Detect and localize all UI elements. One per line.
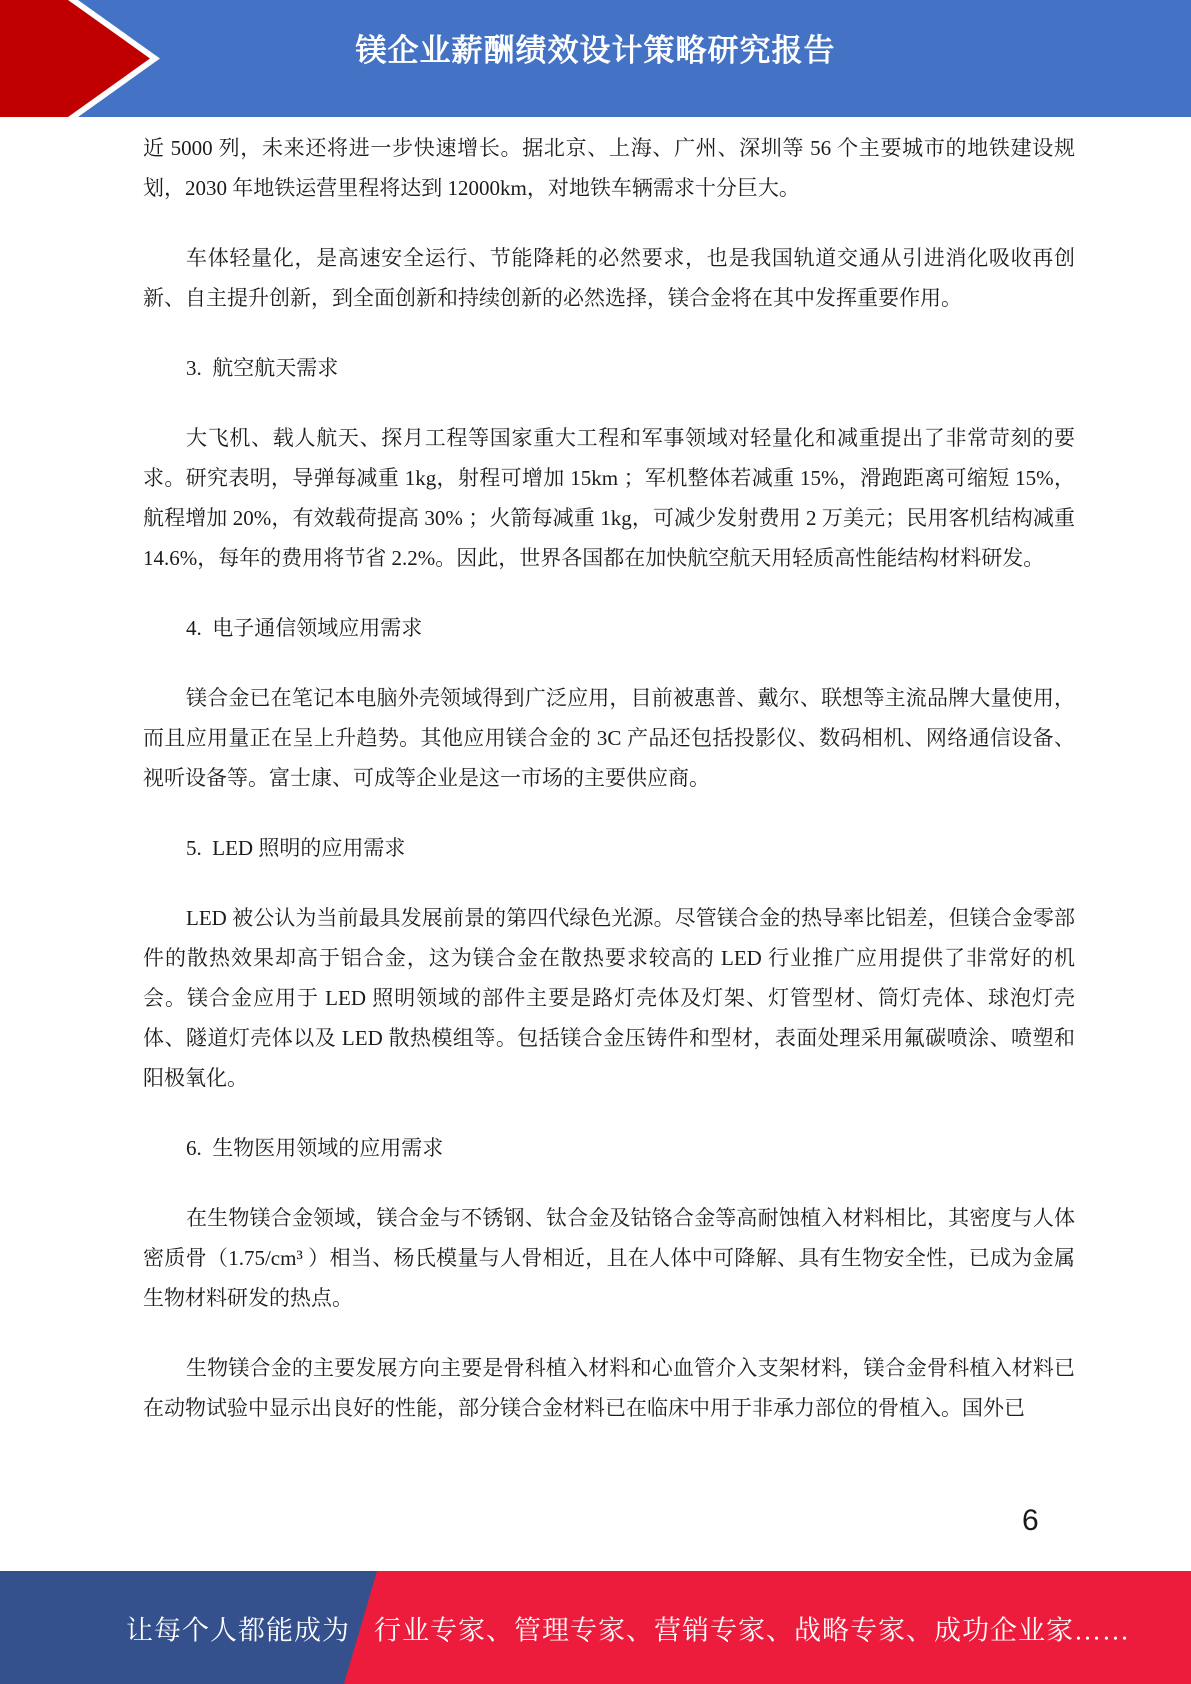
footer-slogan-left: 让每个人都能成为 [0, 1608, 350, 1647]
body-paragraph: 大飞机、载人航天、探月工程等国家重大工程和军事领域对轻量化和减重提出了非常苛刻的… [143, 418, 1075, 578]
body-paragraph: 在生物镁合金领域，镁合金与不锈钢、钛合金及钴铬合金等高耐蚀植入材料相比，其密度与… [143, 1198, 1075, 1318]
section-heading: 4. 电子通信领域应用需求 [143, 608, 1075, 648]
section-heading: 5. LED 照明的应用需求 [143, 828, 1075, 868]
report-title: 镁企业薪酬绩效设计策略研究报告 [0, 25, 1191, 70]
document-body: 近 5000 列，未来还将进一步快速增长。据北京、上海、广州、深圳等 56 个主… [143, 128, 1075, 1458]
report-page: 镁企业薪酬绩效设计策略研究报告 近 5000 列，未来还将进一步快速增长。据北京… [0, 0, 1191, 1684]
section-heading: 6. 生物医用领域的应用需求 [143, 1128, 1075, 1168]
body-paragraph: 车体轻量化，是高速安全运行、节能降耗的必然要求，也是我国轨道交通从引进消化吸收再… [143, 238, 1075, 318]
footer-slogan-right: 行业专家、管理专家、营销专家、战略专家、成功企业家…… [374, 1608, 1130, 1647]
page-number: 6 [1022, 1504, 1039, 1538]
section-heading: 3. 航空航天需求 [143, 348, 1075, 388]
body-paragraph: 生物镁合金的主要发展方向主要是骨科植入材料和心血管介入支架材料，镁合金骨科植入材… [143, 1348, 1075, 1428]
header-banner: 镁企业薪酬绩效设计策略研究报告 [0, 0, 1191, 117]
body-paragraph: 近 5000 列，未来还将进一步快速增长。据北京、上海、广州、深圳等 56 个主… [143, 128, 1075, 208]
footer-banner: 让每个人都能成为 行业专家、管理专家、营销专家、战略专家、成功企业家…… [0, 1571, 1191, 1684]
body-paragraph: LED 被公认为当前最具发展前景的第四代绿色光源。尽管镁合金的热导率比铝差，但镁… [143, 898, 1075, 1098]
body-paragraph: 镁合金已在笔记本电脑外壳领域得到广泛应用，目前被惠普、戴尔、联想等主流品牌大量使… [143, 678, 1075, 798]
